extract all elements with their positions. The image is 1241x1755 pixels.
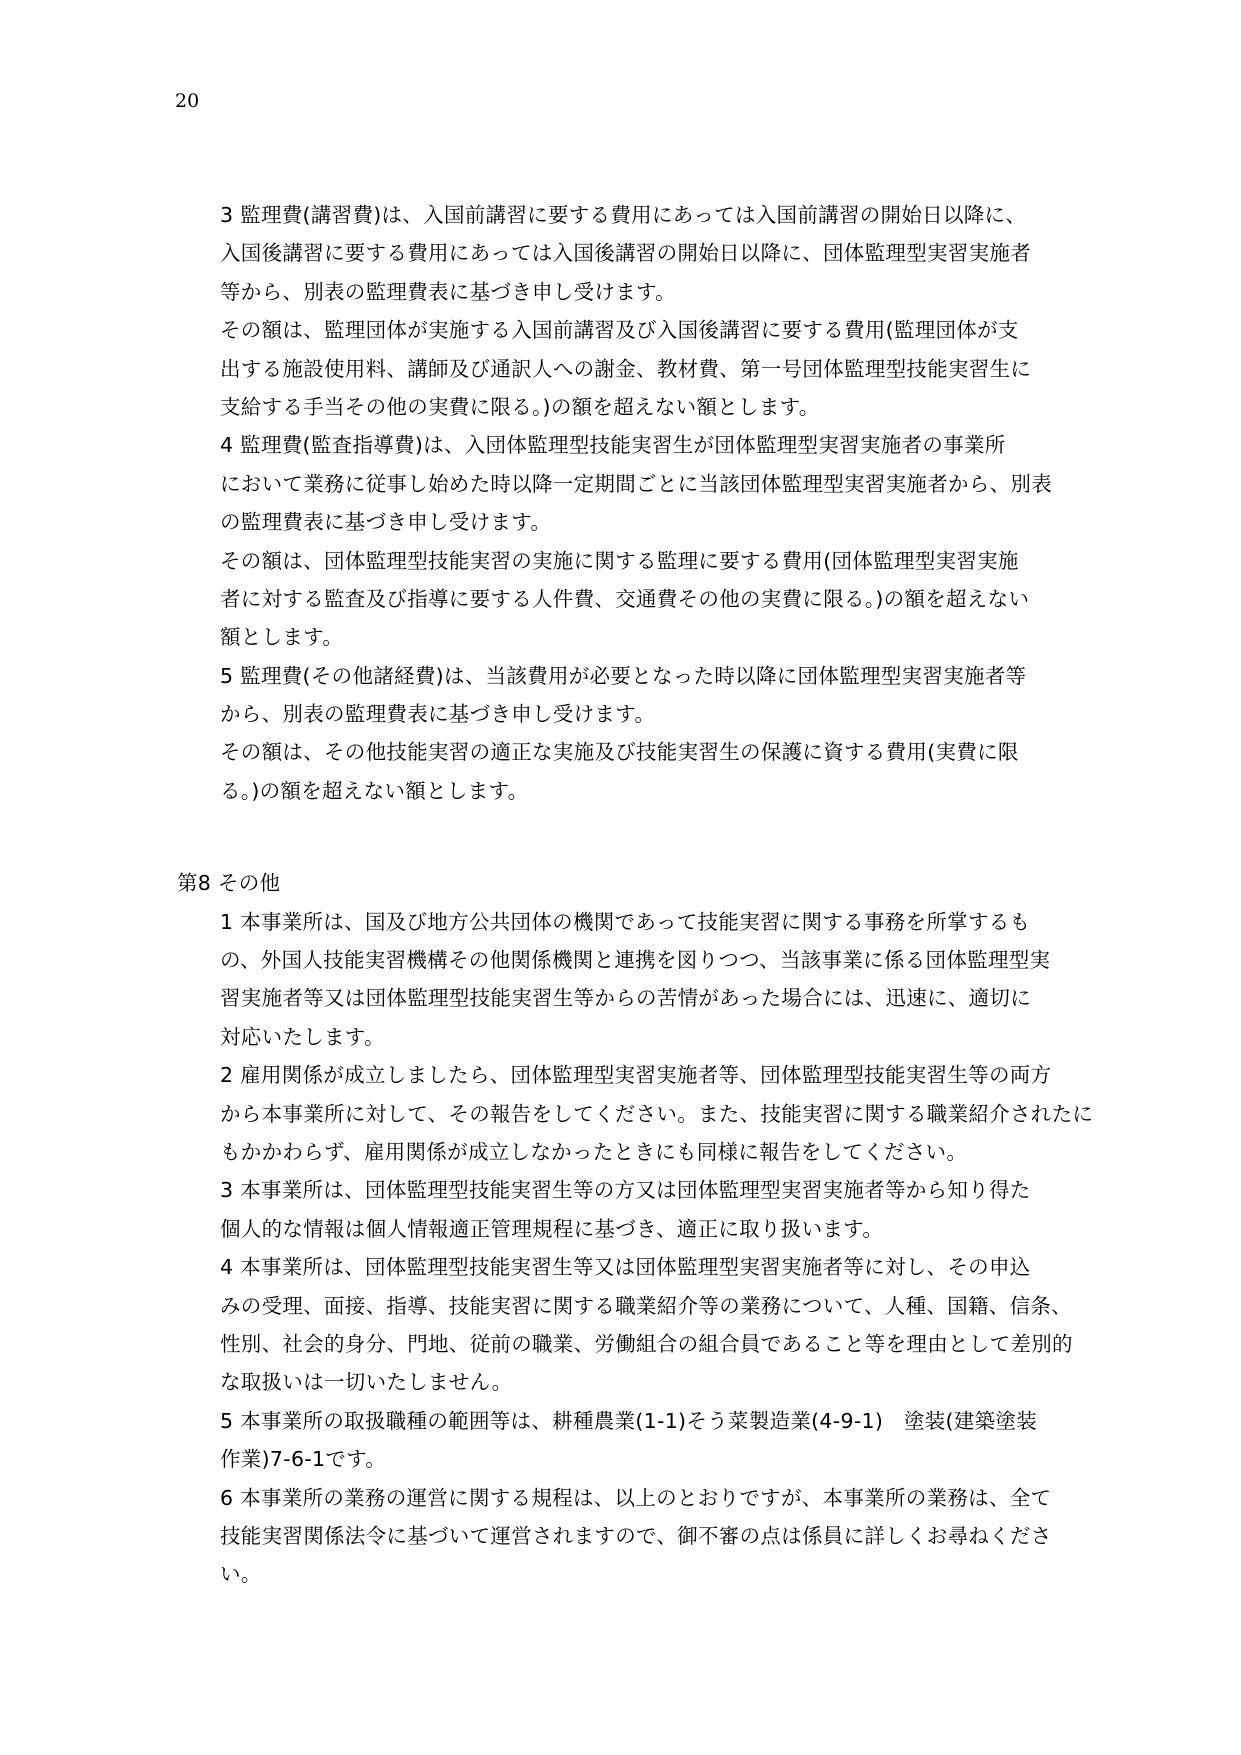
section-gap [220,810,1100,864]
text-line: 入国後講習に要する費用にあっては入国後講習の開始日以降に、団体監理型実習実施者 [220,234,1100,272]
text-line: みの受理、面接、指導、技能実習に関する職業紹介等の業務について、人種、国籍、信条… [220,1287,1100,1325]
text-line: その額は、その他技能実習の適正な実施及び技能実習生の保護に資する費用(実費に限 [220,733,1100,771]
section8-item5: 5 本事業所の取扱職種の範囲等は、耕種農業(1-1)そう菜製造業(4-9-1) … [220,1402,1100,1479]
text-line: 5 監理費(その他諸経費)は、当該費用が必要となった時以降に団体監理型実習実施者… [220,657,1100,695]
text-line: 技能実習関係法令に基づいて運営されますので、御不審の点は係員に詳しくお尋ねくださ [220,1517,1100,1555]
text-line: 5 本事業所の取扱職種の範囲等は、耕種農業(1-1)そう菜製造業(4-9-1) … [220,1402,1100,1440]
text-line: 1 本事業所は、国及び地方公共団体の機関であって技能実習に関する事務を所掌するも [220,903,1100,941]
text-line: 2 雇用関係が成立しましたら、団体監理型実習実施者等、団体監理型技能実習生等の両… [220,1056,1100,1094]
section8-item4: 4 本事業所は、団体監理型技能実習生等又は団体監理型実習実施者等に対し、その申込… [220,1248,1100,1402]
text-line: 支給する手当その他の実費に限る。)の額を超えない額とします。 [220,388,1100,426]
text-line: その額は、団体監理型技能実習の実施に関する監理に要する費用(団体監理型実習実施 [220,542,1100,580]
text-line: の監理費表に基づき申し受けます。 [220,503,1100,541]
section7-item4: 4 監理費(監査指導費)は、入団体監理型技能実習生が団体監理型実習実施者の事業所… [220,426,1100,656]
text-line: 3 本事業所は、団体監理型技能実習生等の方又は団体監理型実習実施者等から知り得た [220,1171,1100,1209]
text-line: 等から、別表の監理費表に基づき申し受けます。 [220,273,1100,311]
text-line: 額とします。 [220,618,1100,656]
text-line: その額は、監理団体が実施する入国前講習及び入国後講習に要する費用(監理団体が支 [220,311,1100,349]
page-number: 20 [175,90,199,112]
section8-item6: 6 本事業所の業務の運営に関する規程は、以上のとおりですが、本事業所の業務は、全… [220,1479,1100,1594]
text-line: な取扱いは一切いたしません。 [220,1363,1100,1401]
text-line: もかかわらず、雇用関係が成立しなかったときにも同様に報告をしてください。 [220,1133,1100,1171]
text-line: 者に対する監査及び指導に要する人件費、交通費その他の実費に限る。)の額を超えない [220,580,1100,618]
text-line: 4 本事業所は、団体監理型技能実習生等又は団体監理型実習実施者等に対し、その申込 [220,1248,1100,1286]
text-line: 作業)7-6-1です。 [220,1440,1100,1478]
text-line: 3 監理費(講習費)は、入国前講習に要する費用にあっては入国前講習の開始日以降に… [220,196,1100,234]
text-line: から、別表の監理費表に基づき申し受けます。 [220,695,1100,733]
text-line: 4 監理費(監査指導費)は、入団体監理型技能実習生が団体監理型実習実施者の事業所 [220,426,1100,464]
section8-item3: 3 本事業所は、団体監理型技能実習生等の方又は団体監理型実習実施者等から知り得た… [220,1171,1100,1248]
text-line: 出する施設使用料、講師及び通訳人への謝金、教材費、第一号団体監理型技能実習生に [220,350,1100,388]
section7-item3: 3 監理費(講習費)は、入国前講習に要する費用にあっては入国前講習の開始日以降に… [220,196,1100,426]
text-line: 習実施者等又は団体監理型技能実習生等からの苦情があった場合には、迅速に、適切に [220,979,1100,1017]
section8-item2: 2 雇用関係が成立しましたら、団体監理型実習実施者等、団体監理型技能実習生等の両… [220,1056,1100,1171]
text-line: 性別、社会的身分、門地、従前の職業、労働組合の組合員であること等を理由として差別… [220,1325,1100,1363]
text-line: 6 本事業所の業務の運営に関する規程は、以上のとおりですが、本事業所の業務は、全… [220,1479,1100,1517]
section7-item5: 5 監理費(その他諸経費)は、当該費用が必要となった時以降に団体監理型実習実施者… [220,657,1100,811]
section8-heading: 第8 その他 [177,864,1100,902]
text-line: る。)の額を超えない額とします。 [220,772,1100,810]
text-line: において業務に従事し始めた時以降一定期間ごとに当該団体監理型実習実施者から、別表 [220,465,1100,503]
text-line: の、外国人技能実習機構その他関係機関と連携を図りつつ、当該事業に係る団体監理型実 [220,941,1100,979]
text-line: から本事業所に対して、その報告をしてください。また、技能実習に関する職業紹介され… [220,1095,1100,1133]
document-body: 3 監理費(講習費)は、入国前講習に要する費用にあっては入国前講習の開始日以降に… [220,196,1100,1594]
text-line: 対応いたします。 [220,1018,1100,1056]
text-line: 個人的な情報は個人情報適正管理規程に基づき、適正に取り扱います。 [220,1210,1100,1248]
section8-item1: 1 本事業所は、国及び地方公共団体の機関であって技能実習に関する事務を所掌するも… [220,903,1100,1057]
text-line: い。 [220,1555,1100,1593]
